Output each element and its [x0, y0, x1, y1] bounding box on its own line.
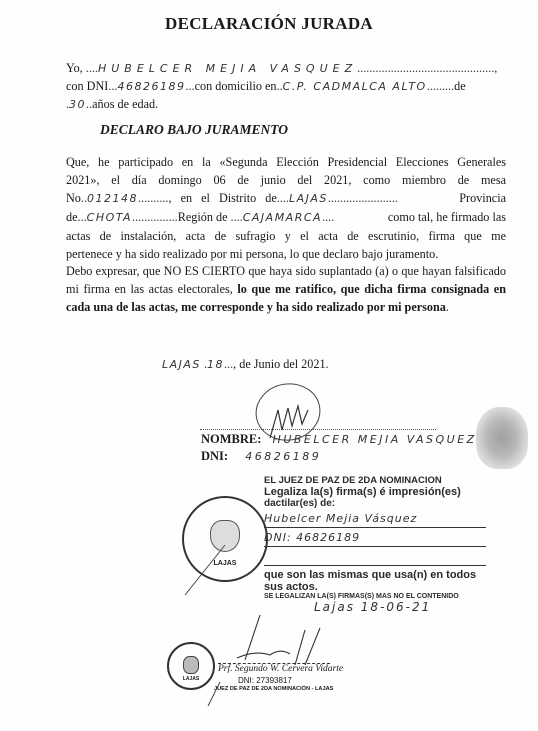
p1-line-1: Que, he participado en la «Segunda Elecc… [66, 153, 506, 171]
age-suffix: años de edad. [92, 97, 158, 111]
yo-label: Yo, [66, 61, 83, 75]
sig-dni-value: 46826189 [245, 450, 321, 463]
paragraph-2: Debo expresar, que NO ES CIERTO que haya… [66, 262, 506, 316]
subheading: DECLARO BAJO JURAMENTO [100, 122, 288, 138]
date-place: LAJAS [162, 358, 201, 371]
dni-label: con DNI [66, 79, 108, 93]
nombre-label: NOMBRE: [201, 432, 261, 446]
declarant-dni: 46826189 [117, 80, 185, 93]
date-day: 18 [207, 358, 224, 371]
judge-role: JUEZ DE PAZ DE 2DA NOMINACIÓN - LAJAS [214, 686, 333, 692]
p1-line-3: No..012148.........., en el Distrito de.… [66, 189, 506, 208]
judge-name: Prf. Segundo W. Cervera Vidarte [218, 664, 343, 674]
judge-coat-of-arms-icon [183, 656, 199, 674]
declarant-age: 30 [69, 98, 86, 111]
date-rest: , de Junio del 2021. [233, 357, 328, 371]
stamp-line-1: EL JUEZ DE PAZ DE 2DA NOMINACION [264, 475, 534, 486]
stamp-hw-dni: DNI: 46826189 [264, 531, 360, 544]
judge-seal-stroke [205, 680, 225, 710]
intro-line-1: Yo, ....HUBELCER MEJIA VASQUEZ..........… [66, 59, 497, 78]
mesa-label: No [66, 191, 81, 205]
dni-row: DNI: 46826189 [201, 449, 321, 464]
de-label: de [454, 79, 466, 93]
date-line: LAJAS .18..., de Junio del 2021. [162, 355, 329, 374]
region-value: CAJAMARCA [243, 211, 322, 224]
stamp-line-2: Legaliza la(s) firma(s) é impresión(es) [264, 486, 534, 498]
intro-line-3: .30..años de edad. [66, 95, 158, 114]
judge-signature [225, 610, 335, 670]
de-label-2: de [66, 210, 78, 224]
document-title: DECLARACIÓN JURADA [0, 14, 538, 34]
domicilio-label: con domicilio en [195, 79, 277, 93]
p2-end: . [446, 300, 449, 314]
seal-stroke [180, 540, 240, 600]
stamp-line-5: sus actos. [264, 581, 534, 593]
mesa-number: 012148 [87, 192, 138, 205]
declarant-name: HUBELCER MEJIA VASQUEZ [98, 62, 357, 75]
stamp-line-3: dactilar(es) de: [264, 498, 534, 509]
nombre-row: NOMBRE: HUBELCER MEJIA VASQUEZ [201, 432, 477, 447]
p1-line-6: pertenece y ha sido realizado por mi per… [66, 245, 506, 263]
provincia-value: CHOTA [87, 211, 132, 224]
p1-line-2: 2021», el día domingo 06 de junio del 20… [66, 171, 506, 189]
p1-line-4-rest: como tal, he firmado las [388, 208, 506, 227]
stamp-hw-name: Hubelcer Mejia Vásquez [264, 512, 417, 525]
region-label: Región de [178, 210, 228, 224]
sig-dni-label: DNI: [201, 449, 228, 463]
judge-dni: DNI: 27393817 [238, 676, 292, 685]
signature-line [200, 429, 436, 430]
nombre-value: HUBELCER MEJIA VASQUEZ [273, 433, 477, 446]
stamp-hw-date: Lajas 18-06-21 [314, 600, 534, 614]
provincia-label: Provincia [459, 189, 506, 208]
distrito-label: , en el Distrito de [168, 191, 276, 205]
paragraph-1: Que, he participado en la «Segunda Elecc… [66, 153, 506, 263]
fingerprint [476, 407, 528, 469]
declarant-address: C.P. CADMALCA ALTO [283, 80, 427, 93]
distrito-value: LAJAS [289, 192, 328, 205]
p1-line-5: actas de instalación, acta de sufragio y… [66, 227, 506, 245]
stamp-line-6: SE LEGALIZAN LA(S) FIRMAS(S) MAS NO EL C… [264, 593, 534, 600]
stamp-line-4: que son las mismas que usa(n) en todos [264, 569, 534, 581]
intro-line-2: con DNI...46826189...con domicilio en..C… [66, 77, 466, 96]
legalization-stamp: EL JUEZ DE PAZ DE 2DA NOMINACION Legaliz… [264, 475, 534, 614]
p1-line-4: de...CHOTA...............Región de ....C… [66, 208, 506, 227]
